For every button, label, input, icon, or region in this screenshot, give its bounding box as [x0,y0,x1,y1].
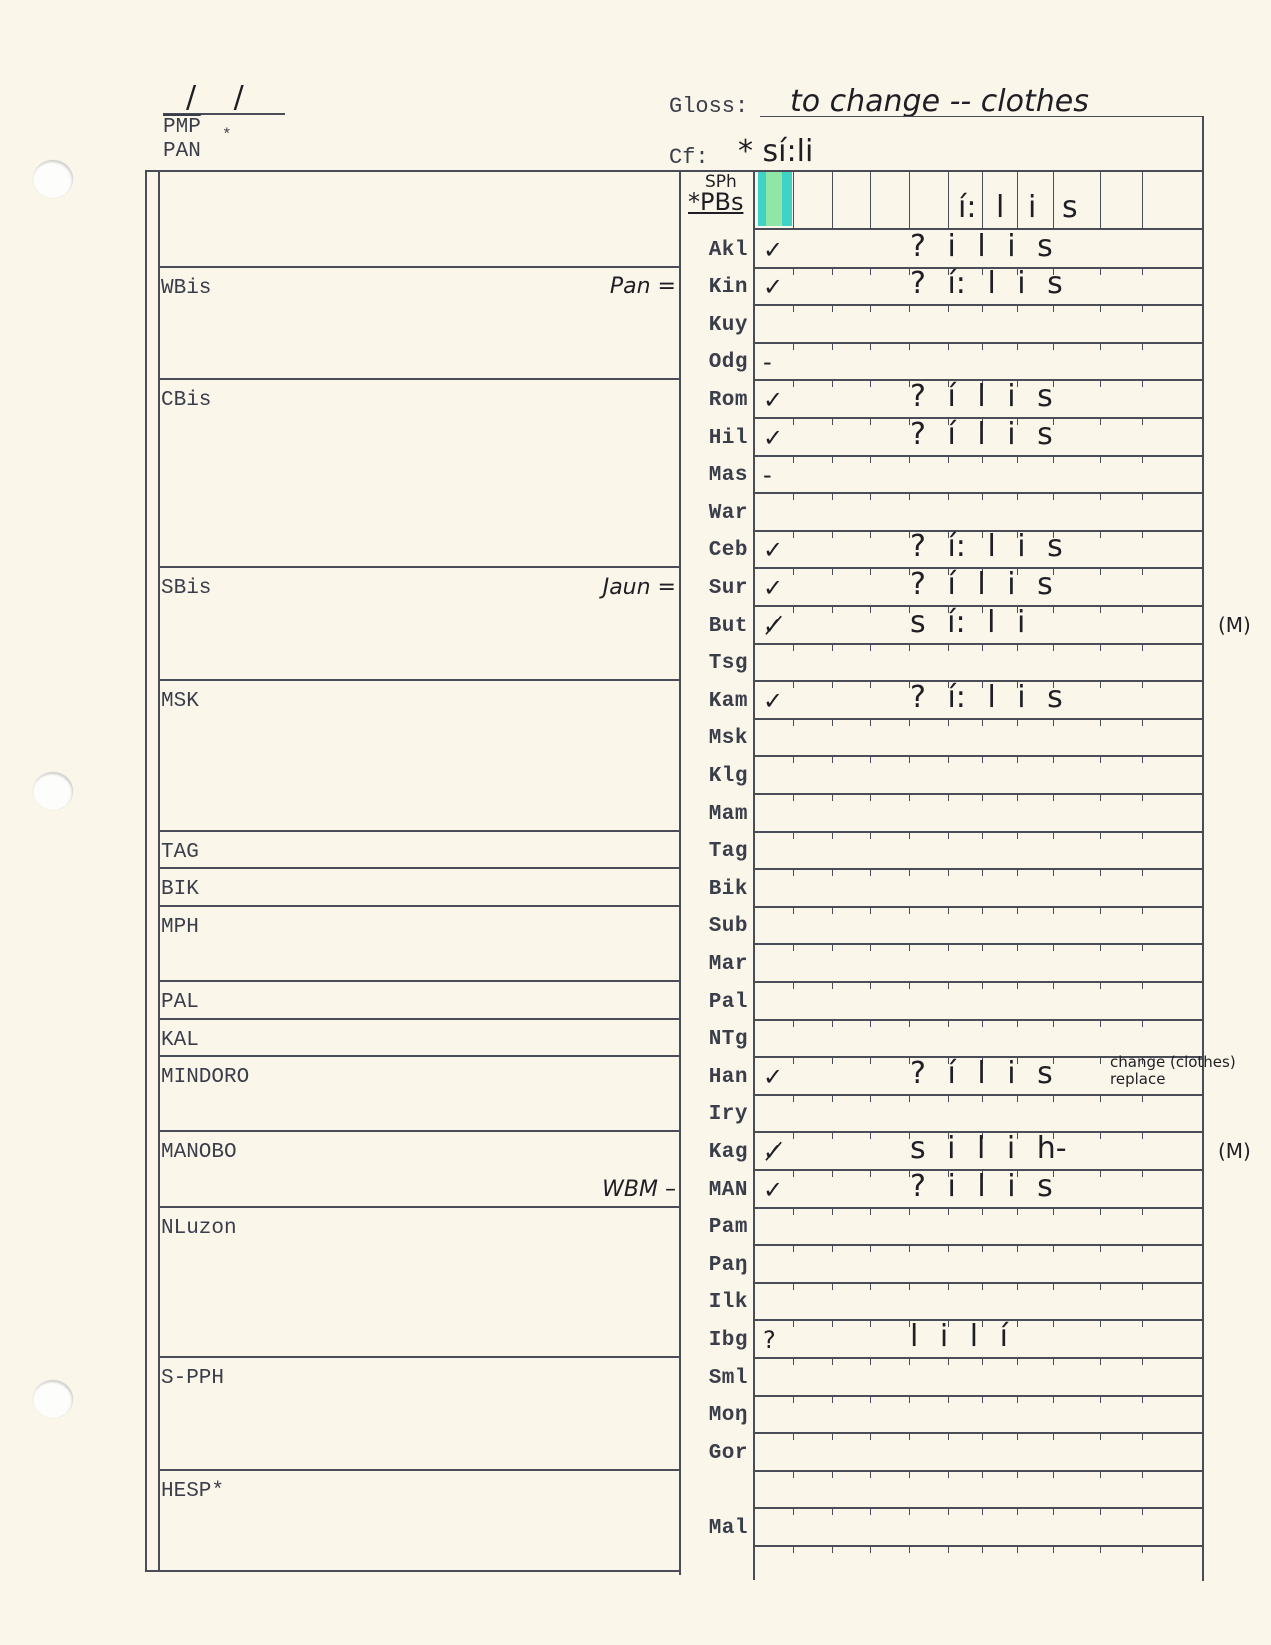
row-tick [793,1283,794,1290]
language-code: Bik [680,878,748,901]
language-code: Msk [680,727,748,750]
cf-value: * sí:li [738,134,813,169]
row-tick [870,1170,871,1177]
group-separator [158,566,679,568]
row-tick [909,1095,910,1102]
row-tick [870,343,871,350]
row-tick [1053,456,1054,463]
row-tick [1017,1433,1018,1440]
row-tick [948,1208,949,1215]
row-tick [1053,644,1054,651]
row-tick [793,456,794,463]
row-tick [1142,343,1143,350]
row-tick [948,832,949,839]
row-tick [870,907,871,914]
language-code: Kuy [680,314,748,337]
row-tick [832,343,833,350]
row-tick [948,982,949,989]
row-tick [1142,944,1143,951]
row-line [753,455,1202,457]
row-tick [1100,1358,1101,1365]
row-tick [1100,1471,1101,1478]
row-tick [1142,305,1143,312]
row-tick [1100,1057,1101,1064]
row-tick [832,493,833,500]
binder-hole [33,1380,73,1418]
row-tick [793,1546,794,1553]
margin-note-right: change (clothes)replace [1110,1054,1260,1088]
row-tick [870,794,871,801]
row-tick [870,1057,871,1064]
language-code: Ceb [680,539,748,562]
form-column-right-border [1202,116,1204,1581]
row-tick [1100,1320,1101,1327]
reflex-form: ? í: l i s [910,266,1063,301]
row-tick [1053,756,1054,763]
row-tick [1142,794,1143,801]
row-tick [793,1508,794,1515]
grid-column-line [982,172,983,228]
row-tick [1017,907,1018,914]
cognate-mark: - [763,461,772,489]
row-tick [1142,1396,1143,1403]
row-tick [982,869,983,876]
row-tick [1100,1208,1101,1215]
row-tick [909,1245,910,1252]
row-tick [948,305,949,312]
row-tick [870,305,871,312]
row-tick [948,869,949,876]
row-tick [870,681,871,688]
row-tick [1017,1208,1018,1215]
language-code: Klg [680,765,748,788]
row-tick [793,1020,794,1027]
row-tick [832,1170,833,1177]
row-line [753,1432,1202,1434]
reference-label-bottom: *PBs [688,188,743,216]
row-tick [832,1546,833,1553]
row-tick [870,493,871,500]
reflex-form: ? í: l i s [910,529,1063,564]
row-tick [909,907,910,914]
group-label: WBis [161,277,211,300]
row-tick [870,869,871,876]
row-line [753,1019,1202,1021]
row-tick [909,1508,910,1515]
row-tick [793,1320,794,1327]
row-tick [870,944,871,951]
row-line [753,831,1202,833]
row-tick [1053,1396,1054,1403]
row-tick [1100,1170,1101,1177]
row-tick [948,493,949,500]
row-tick [1142,1283,1143,1290]
row-tick [1053,380,1054,387]
row-tick [1053,606,1054,613]
proto-star: * [222,126,232,144]
row-tick [832,1020,833,1027]
row-tick [1053,343,1054,350]
row-tick [793,794,794,801]
row-tick [982,982,983,989]
row-tick [909,1396,910,1403]
row-tick [1017,1283,1018,1290]
row-tick [793,681,794,688]
group-label: PAL [161,991,199,1014]
row-tick [1017,1095,1018,1102]
row-tick [1053,1208,1054,1215]
cognate-mark: ✓ [763,1176,783,1204]
row-tick [832,1433,833,1440]
group-label: CBis [161,389,211,412]
row-tick [832,1396,833,1403]
grid-column-line [753,172,754,228]
row-line [753,1470,1202,1472]
row-tick [909,1020,910,1027]
table-bottom-border [145,1570,680,1572]
row-tick [793,1358,794,1365]
cognate-mark: ✓ [763,1063,783,1091]
row-tick [832,1208,833,1215]
row-tick [793,418,794,425]
row-tick [832,305,833,312]
language-code: Kin [680,276,748,299]
row-tick [982,907,983,914]
row-tick [1100,982,1101,989]
row-tick [1100,1396,1101,1403]
row-tick [909,1283,910,1290]
row-tick [1142,1208,1143,1215]
row-tick [832,794,833,801]
row-tick [982,305,983,312]
row-tick [793,1433,794,1440]
row-tick [793,1208,794,1215]
row-tick [1142,1546,1143,1553]
group-column-right-border [679,170,681,1575]
reference-form-0: í: [958,190,976,225]
row-tick [1053,832,1054,839]
group-label: MPH [161,916,199,939]
row-tick [982,1471,983,1478]
row-tick [909,1471,910,1478]
row-tick [870,1546,871,1553]
table-top-border [147,170,1202,172]
date-underline [163,113,285,115]
row-tick [870,1358,871,1365]
row-tick [909,343,910,350]
row-tick [1142,907,1143,914]
language-code: Rom [680,389,748,412]
cognate-mark: ✓ [763,273,783,301]
row-tick [1017,756,1018,763]
row-line [753,643,1202,645]
gloss-underline [760,116,1202,117]
row-line [753,1207,1202,1209]
row-tick [1053,568,1054,575]
language-code: Akl [680,239,748,262]
row-tick [1100,531,1101,538]
cognate-mark: ? [763,1326,776,1354]
row-line [753,1357,1202,1359]
row-tick [1100,1095,1101,1102]
row-tick [1100,568,1101,575]
row-tick [870,1132,871,1139]
row-tick [793,1057,794,1064]
cognate-mark: ✓ [763,536,783,564]
row-tick [832,869,833,876]
row-tick [1053,719,1054,726]
grid-column-line [1100,172,1101,228]
grid-column-line [1017,172,1018,228]
grid-column-line [1142,172,1143,228]
row-tick [1053,1170,1054,1177]
row-tick [909,794,910,801]
row-line [753,943,1202,945]
row-tick [1053,1095,1054,1102]
row-line [753,793,1202,795]
row-tick [982,1433,983,1440]
row-line [753,342,1202,344]
language-code: Tsg [680,652,748,675]
group-label: MSK [161,690,199,713]
row-tick [1142,531,1143,538]
row-tick [948,1095,949,1102]
group-label: HESP* [161,1480,224,1503]
row-tick [1142,1020,1143,1027]
reflex-form: ? í l i s [910,379,1053,414]
row-tick [1100,944,1101,951]
row-tick [982,1208,983,1215]
row-tick [870,1320,871,1327]
row-tick [832,268,833,275]
row-tick [870,1471,871,1478]
grid-column-line [1202,172,1203,228]
group-separator [158,830,679,832]
language-code: Han [680,1066,748,1089]
row-tick [870,268,871,275]
row-tick [1100,1132,1101,1139]
reference-form-2: i [1028,190,1036,225]
row-tick [870,719,871,726]
cognate-mark: ✓ [763,424,783,452]
row-tick [870,531,871,538]
row-tick [793,305,794,312]
row-tick [982,1546,983,1553]
cognate-mark: ✓̸ [763,1138,783,1166]
language-code: Hil [680,427,748,450]
row-tick [793,1471,794,1478]
row-tick [1017,1020,1018,1027]
row-tick [909,1433,910,1440]
reflex-form: s í: l i [910,605,1025,640]
row-tick [1100,832,1101,839]
grid-column-line [948,172,949,228]
margin-note-left: Pan = [610,274,676,299]
row-tick [870,456,871,463]
group-separator [158,1130,679,1132]
row-tick [1017,1358,1018,1365]
row-tick [793,982,794,989]
row-line [753,755,1202,757]
group-separator [158,980,679,982]
language-code: Paŋ [680,1254,748,1277]
language-code: But [680,615,748,638]
group-label: KAL [161,1029,199,1052]
row-tick [1100,1508,1101,1515]
row-tick [832,756,833,763]
group-separator [158,378,679,380]
binder-hole [33,772,73,810]
row-tick [1142,756,1143,763]
row-tick [909,719,910,726]
group-separator [158,1356,679,1358]
row-tick [948,1396,949,1403]
row-tick [948,756,949,763]
cognate-mark: ✓ [763,386,783,414]
group-label: SBis [161,577,211,600]
row-tick [1053,1508,1054,1515]
row-tick [1100,606,1101,613]
group-separator [158,1055,679,1057]
row-tick [1017,644,1018,651]
row-tick [909,944,910,951]
row-tick [832,1471,833,1478]
row-tick [948,1358,949,1365]
row-tick [1053,1320,1054,1327]
language-code: Kam [680,690,748,713]
row-tick [1053,1245,1054,1252]
row-tick [1142,568,1143,575]
row-tick [982,456,983,463]
row-tick [1053,907,1054,914]
row-tick [1100,268,1101,275]
row-tick [1142,1320,1143,1327]
row-tick [909,832,910,839]
row-tick [1100,1433,1101,1440]
table-left-border [145,170,147,1570]
row-tick [1053,944,1054,951]
date-marks: / / [186,80,258,115]
row-tick [870,1396,871,1403]
row-tick [1017,1396,1018,1403]
reflex-form: s i l i h- [910,1131,1067,1166]
row-tick [948,1433,949,1440]
row-tick [832,907,833,914]
reference-form-3: s [1062,190,1078,225]
row-tick [1100,869,1101,876]
row-tick [1017,794,1018,801]
row-tick [1142,832,1143,839]
group-separator [158,1206,679,1208]
language-code: Mar [680,953,748,976]
row-tick [1100,1546,1101,1553]
row-tick [909,756,910,763]
row-line [753,304,1202,306]
row-tick [793,832,794,839]
row-tick [793,1170,794,1177]
row-tick [1142,606,1143,613]
row-tick [832,644,833,651]
margin-note-right: (M) [1218,613,1251,637]
language-code: War [680,502,748,525]
grid-column-line [909,172,910,228]
row-tick [793,907,794,914]
row-tick [982,1396,983,1403]
row-tick [982,1095,983,1102]
row-tick [1100,305,1101,312]
row-tick [982,1508,983,1515]
row-tick [870,756,871,763]
row-tick [1053,1471,1054,1478]
row-tick [948,1471,949,1478]
row-tick [832,568,833,575]
row-tick [1053,794,1054,801]
row-line [753,718,1202,720]
margin-note-left: WBM – [602,1177,676,1202]
margin-note-left: Jaun = [603,575,676,600]
row-tick [1100,1283,1101,1290]
gloss-label: Gloss: [669,94,748,119]
row-tick [1142,456,1143,463]
row-tick [793,1095,794,1102]
row-tick [1100,1020,1101,1027]
row-tick [948,456,949,463]
language-code: Kag [680,1141,748,1164]
row-tick [1100,644,1101,651]
row-tick [909,1208,910,1215]
cognate-mark: - [763,348,772,376]
row-tick [1142,1433,1143,1440]
row-tick [1017,869,1018,876]
row-tick [870,832,871,839]
row-tick [793,1396,794,1403]
language-code: Gor [680,1442,748,1465]
row-tick [1142,1170,1143,1177]
grid-column-line [832,172,833,228]
row-tick [1100,418,1101,425]
row-tick [982,719,983,726]
row-tick [870,1433,871,1440]
row-tick [1053,1433,1054,1440]
row-tick [832,531,833,538]
row-tick [909,982,910,989]
gloss-value: to change -- clothes [790,84,1089,119]
row-line [753,1282,1202,1284]
language-code: Sur [680,577,748,600]
cognate-mark: ✓ [763,687,783,715]
row-tick [982,343,983,350]
row-tick [1053,1358,1054,1365]
row-tick [793,944,794,951]
row-tick [948,907,949,914]
row-tick [1142,268,1143,275]
row-tick [1017,719,1018,726]
row-tick [909,456,910,463]
group-separator [158,1469,679,1471]
group-separator [158,679,679,681]
row-tick [909,1546,910,1553]
row-tick [832,1508,833,1515]
language-code: Ilk [680,1291,748,1314]
row-tick [1017,832,1018,839]
row-tick [1142,1095,1143,1102]
row-tick [948,1508,949,1515]
row-tick [793,380,794,387]
group-label: MANOBO [161,1141,237,1164]
group-label: TAG [161,841,199,864]
row-tick [1053,982,1054,989]
row-tick [1100,681,1101,688]
